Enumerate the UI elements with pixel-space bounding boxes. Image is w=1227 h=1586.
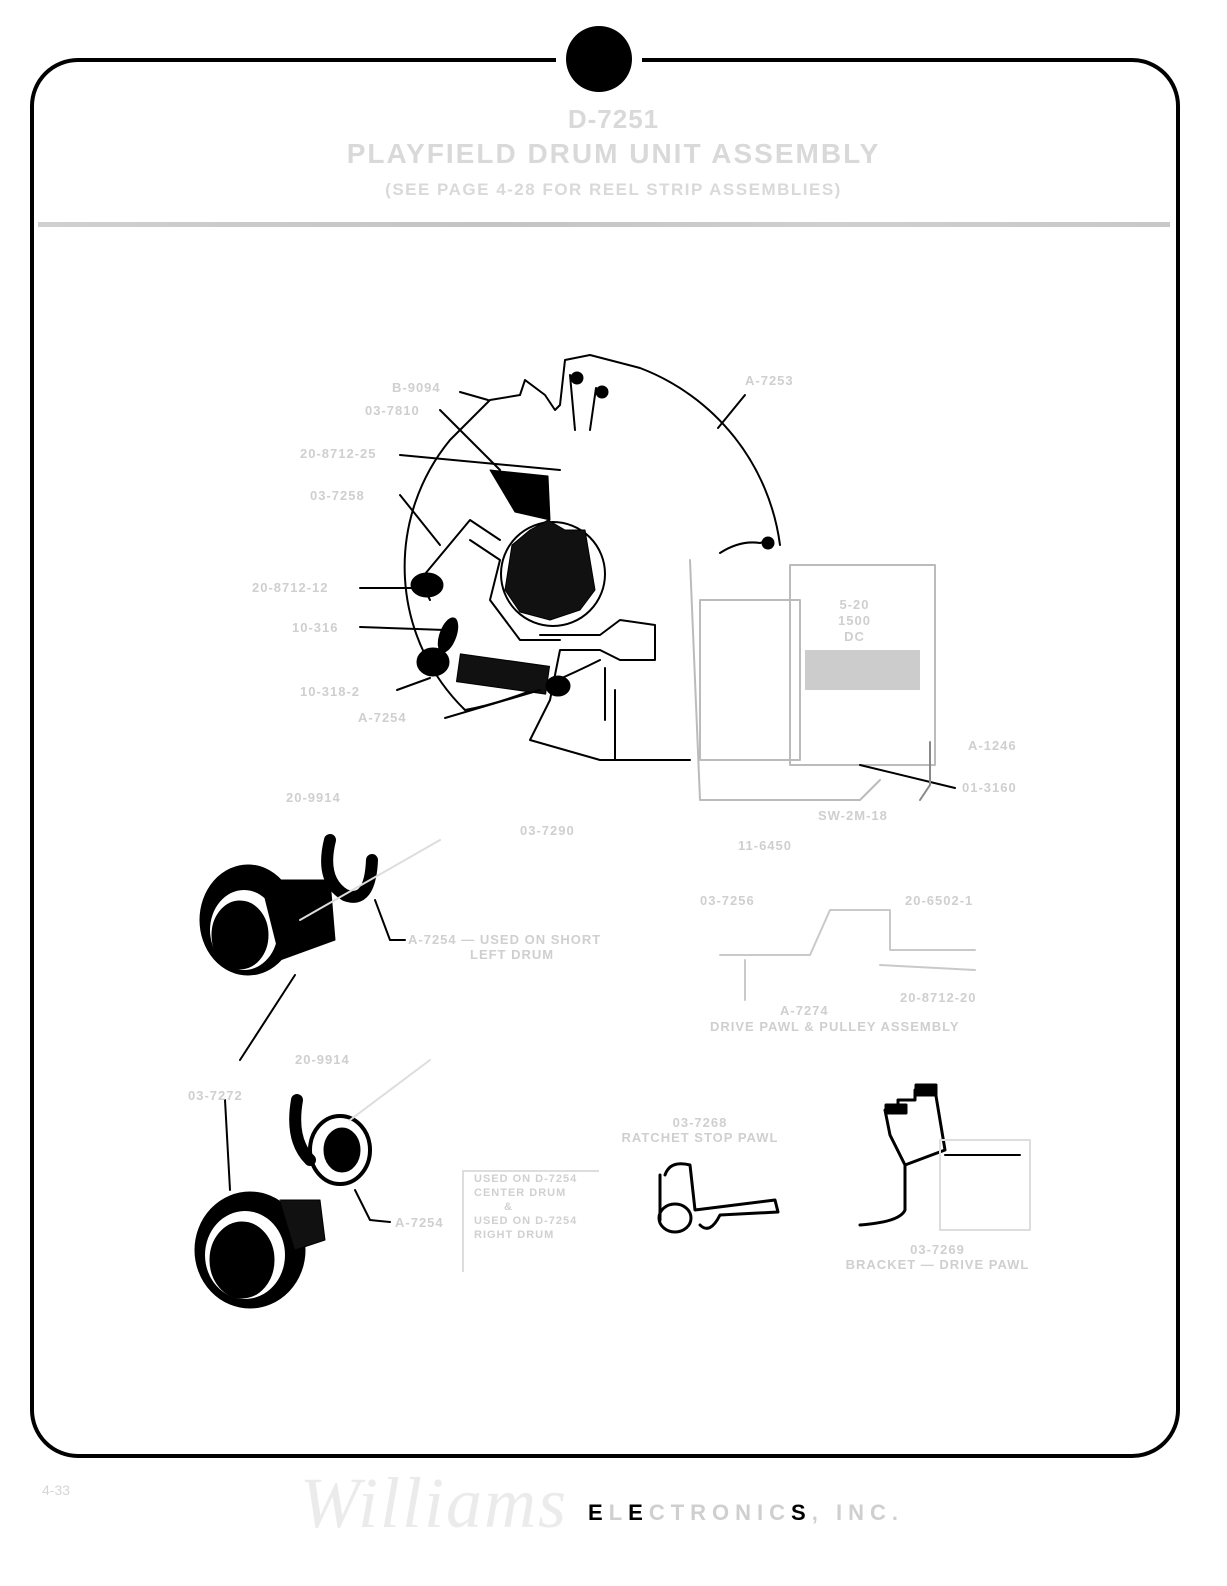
solenoid-bracket-illustration (690, 560, 935, 800)
part-label: 03-7258 (310, 488, 365, 503)
ratchet-stop-pawl-label: 03-7268 RATCHET STOP PAWL (600, 1115, 800, 1145)
part-label: 03-7810 (365, 403, 420, 418)
part-label: 20-8712-20 (900, 990, 977, 1005)
left-drum-illustration (200, 840, 405, 1060)
ratchet-stop-pawl-illustration (659, 1164, 778, 1232)
part-label: 01-3160 (962, 780, 1017, 795)
drum-mechanism-illustration (405, 355, 780, 760)
part-label: SW-2M-18 (818, 808, 888, 823)
center-drum-illustration (195, 1100, 390, 1308)
part-label: A-7253 (745, 373, 794, 388)
part-label: 10-316 (292, 620, 338, 635)
part-label: 03-7290 (520, 823, 575, 838)
part-label: A-1246 (968, 738, 1017, 753)
part-label: A-7254 (358, 710, 407, 725)
usage-note: USED ON D-7254 CENTER DRUM & USED ON D-7… (462, 1170, 599, 1272)
part-label: A-7254 (395, 1215, 444, 1230)
company-name: ELECTRONICS, INC. (588, 1500, 904, 1526)
part-label: 20-8712-12 (252, 580, 329, 595)
part-label: A-7254 — USED ON SHORT (408, 932, 601, 947)
part-label: 11-6450 (738, 838, 792, 853)
part-label: B-9094 (392, 380, 441, 395)
bracket-label: 03-7269 BRACKET — DRIVE PAWL (830, 1242, 1045, 1272)
part-label: 20-9914 (295, 1052, 350, 1067)
part-label: 03-7272 (188, 1088, 243, 1103)
solenoid-label: 5-20 1500 DC (838, 597, 871, 645)
brand-logo: Williams (300, 1462, 568, 1545)
part-label: A-7274 (780, 1003, 829, 1018)
part-label: 10-318-2 (300, 684, 360, 699)
page-number: 4-33 (42, 1482, 70, 1498)
part-label: 03-7256 (700, 893, 755, 908)
part-label: 20-8712-25 (300, 446, 377, 461)
assembly-name: DRIVE PAWL & PULLEY ASSEMBLY (710, 1019, 960, 1034)
exploded-parts-drawing (0, 0, 1227, 1586)
part-label: 20-9914 (286, 790, 341, 805)
part-label: 20-6502-1 (905, 893, 973, 908)
part-label: LEFT DRUM (470, 947, 554, 962)
drive-pawl-illustration (720, 910, 975, 1000)
